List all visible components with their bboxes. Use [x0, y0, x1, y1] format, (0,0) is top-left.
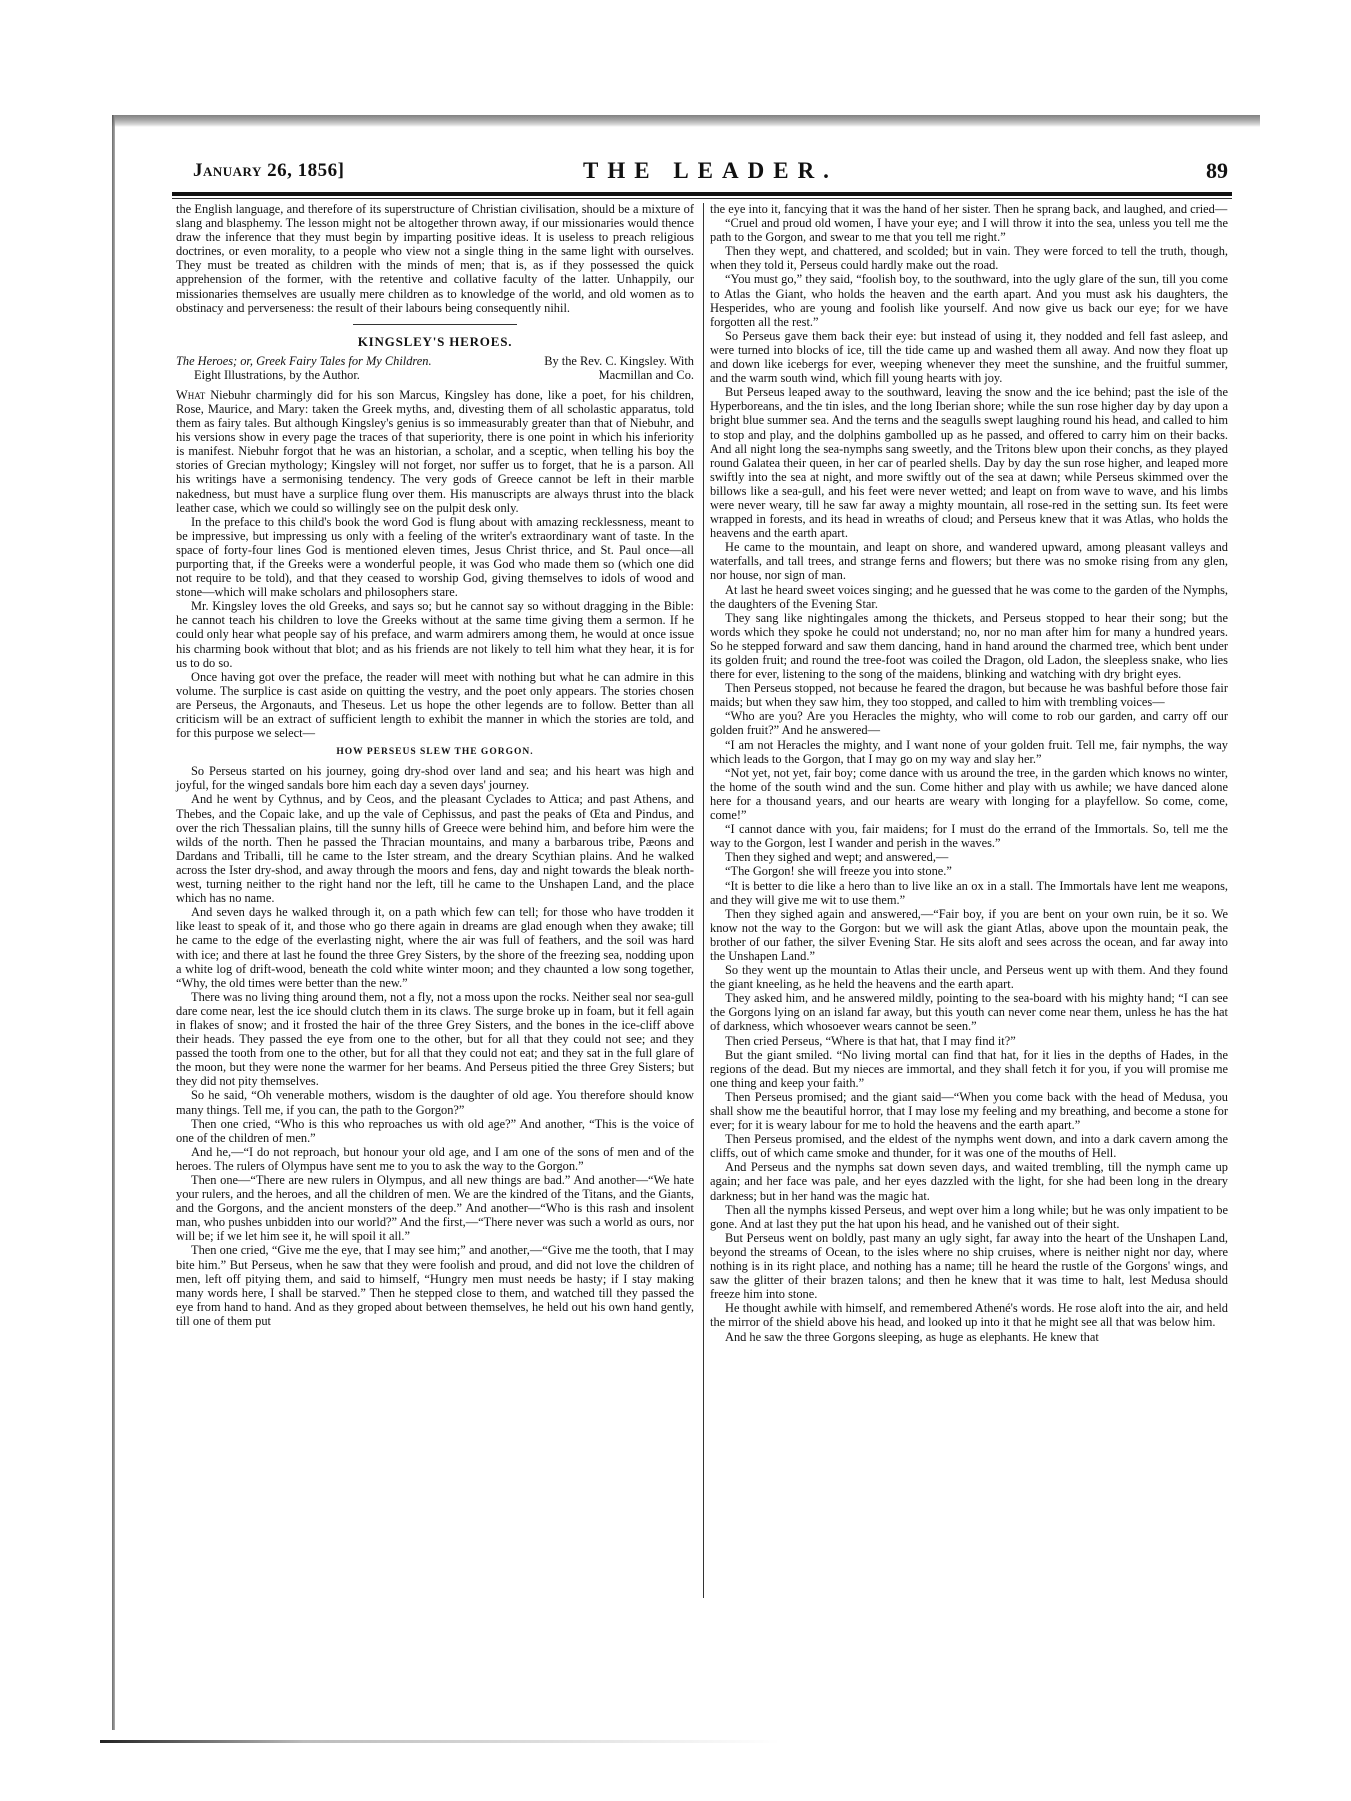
- extract-paragraph: “I am not Heracles the mighty, and I wan…: [710, 738, 1228, 766]
- book-title: The Heroes; or, Greek Fairy Tales for My…: [176, 354, 432, 368]
- extract-paragraph: Then they sighed and wept; and answered,…: [710, 850, 1228, 864]
- extract-paragraph: Then Perseus promised, and the eldest of…: [710, 1132, 1228, 1160]
- scan-edge-left: [112, 115, 115, 1730]
- extract-title: HOW PERSEUS SLEW THE GORGON.: [176, 745, 694, 759]
- extract-paragraph: So Perseus gave them back their eye: but…: [710, 329, 1228, 385]
- masthead: January 26, 1856] THE LEADER. 89: [193, 160, 1228, 188]
- extract-paragraph: But the giant smiled. “No living mortal …: [710, 1048, 1228, 1090]
- book-citation: The Heroes; or, Greek Fairy Tales for My…: [176, 354, 694, 382]
- article-title: KINGSLEY'S HEROES.: [176, 335, 694, 349]
- book-publisher: Macmillan and Co.: [599, 368, 694, 382]
- scan-edge-bottom: [100, 1740, 780, 1743]
- article-paragraph: In the preface to this child's book the …: [176, 515, 694, 600]
- newspaper-title: THE LEADER.: [583, 158, 838, 184]
- extract-paragraph: Then cried Perseus, “Where is that hat, …: [710, 1034, 1228, 1048]
- extract-paragraph: There was no living thing around them, n…: [176, 990, 694, 1089]
- extract-paragraph: So Perseus started on his journey, going…: [176, 764, 694, 792]
- lead-word: What: [176, 388, 205, 402]
- masthead-rule: [172, 192, 1232, 196]
- extract-paragraph: “Not yet, not yet, fair boy; come dance …: [710, 766, 1228, 822]
- extract-paragraph: Then one—“There are new rulers in Olympu…: [176, 1173, 694, 1243]
- extract-paragraph: “It is better to die like a hero than to…: [710, 879, 1228, 907]
- extract-paragraph: He came to the mountain, and leapt on sh…: [710, 540, 1228, 582]
- extract-paragraph: Then one cried, “Who is this who reproac…: [176, 1117, 694, 1145]
- extract-paragraph: They asked him, and he answered mildly, …: [710, 991, 1228, 1033]
- article-paragraph: What Niebuhr charmingly did for his son …: [176, 388, 694, 515]
- page-number: 89: [1206, 158, 1228, 184]
- right-column: the eye into it, fancying that it was th…: [710, 202, 1228, 1344]
- article-separator: [353, 324, 517, 325]
- article-paragraph: Mr. Kingsley loves the old Greeks, and s…: [176, 599, 694, 669]
- book-illustrations: Eight Illustrations, by the Author.: [194, 368, 360, 382]
- extract-paragraph: They sang like nightingales among the th…: [710, 611, 1228, 681]
- extract-paragraph: Then all the nymphs kissed Perseus, and …: [710, 1203, 1228, 1231]
- extract-paragraph: Then Perseus promised; and the giant sai…: [710, 1090, 1228, 1132]
- continued-paragraph: the English language, and therefore of i…: [176, 202, 694, 315]
- extract-paragraph: “You must go,” they said, “foolish boy, …: [710, 272, 1228, 328]
- extract-paragraph: “Who are you? Are you Heracles the might…: [710, 709, 1228, 737]
- column-divider: [703, 203, 704, 1598]
- extract-paragraph: Then Perseus stopped, not because he fea…: [710, 681, 1228, 709]
- extract-paragraph: Then they wept, and chattered, and scold…: [710, 244, 1228, 272]
- extract-paragraph: And Perseus and the nymphs sat down seve…: [710, 1160, 1228, 1202]
- extract-paragraph: the eye into it, fancying that it was th…: [710, 202, 1228, 216]
- extract-paragraph: “I cannot dance with you, fair maidens; …: [710, 822, 1228, 850]
- extract-paragraph: He thought awhile with himself, and reme…: [710, 1301, 1228, 1329]
- masthead-rule-thin: [172, 198, 1232, 199]
- scan-edge-top: [112, 115, 1260, 127]
- book-author: By the Rev. C. Kingsley. With: [544, 354, 694, 368]
- extract-paragraph: At last he heard sweet voices singing; a…: [710, 583, 1228, 611]
- extract-paragraph: So they went up the mountain to Atlas th…: [710, 963, 1228, 991]
- extract-paragraph: But Perseus leaped away to the southward…: [710, 385, 1228, 540]
- article-paragraph: Once having got over the preface, the re…: [176, 670, 694, 740]
- extract-paragraph: And he,—“I do not reproach, but honour y…: [176, 1145, 694, 1173]
- extract-paragraph: Then they sighed again and answered,—“Fa…: [710, 907, 1228, 963]
- extract-paragraph: But Perseus went on boldly, past many an…: [710, 1231, 1228, 1301]
- left-column: the English language, and therefore of i…: [176, 202, 694, 1328]
- extract-paragraph: And he went by Cythnus, and by Ceos, and…: [176, 792, 694, 905]
- extract-paragraph: “The Gorgon! she will freeze you into st…: [710, 864, 1228, 878]
- extract-paragraph: “Cruel and proud old women, I have your …: [710, 216, 1228, 244]
- extract-paragraph: So he said, “Oh venerable mothers, wisdo…: [176, 1088, 694, 1116]
- issue-date: January 26, 1856]: [193, 160, 344, 182]
- extract-paragraph: And he saw the three Gorgons sleeping, a…: [710, 1330, 1228, 1344]
- extract-paragraph: And seven days he walked through it, on …: [176, 905, 694, 990]
- extract-paragraph: Then one cried, “Give me the eye, that I…: [176, 1243, 694, 1328]
